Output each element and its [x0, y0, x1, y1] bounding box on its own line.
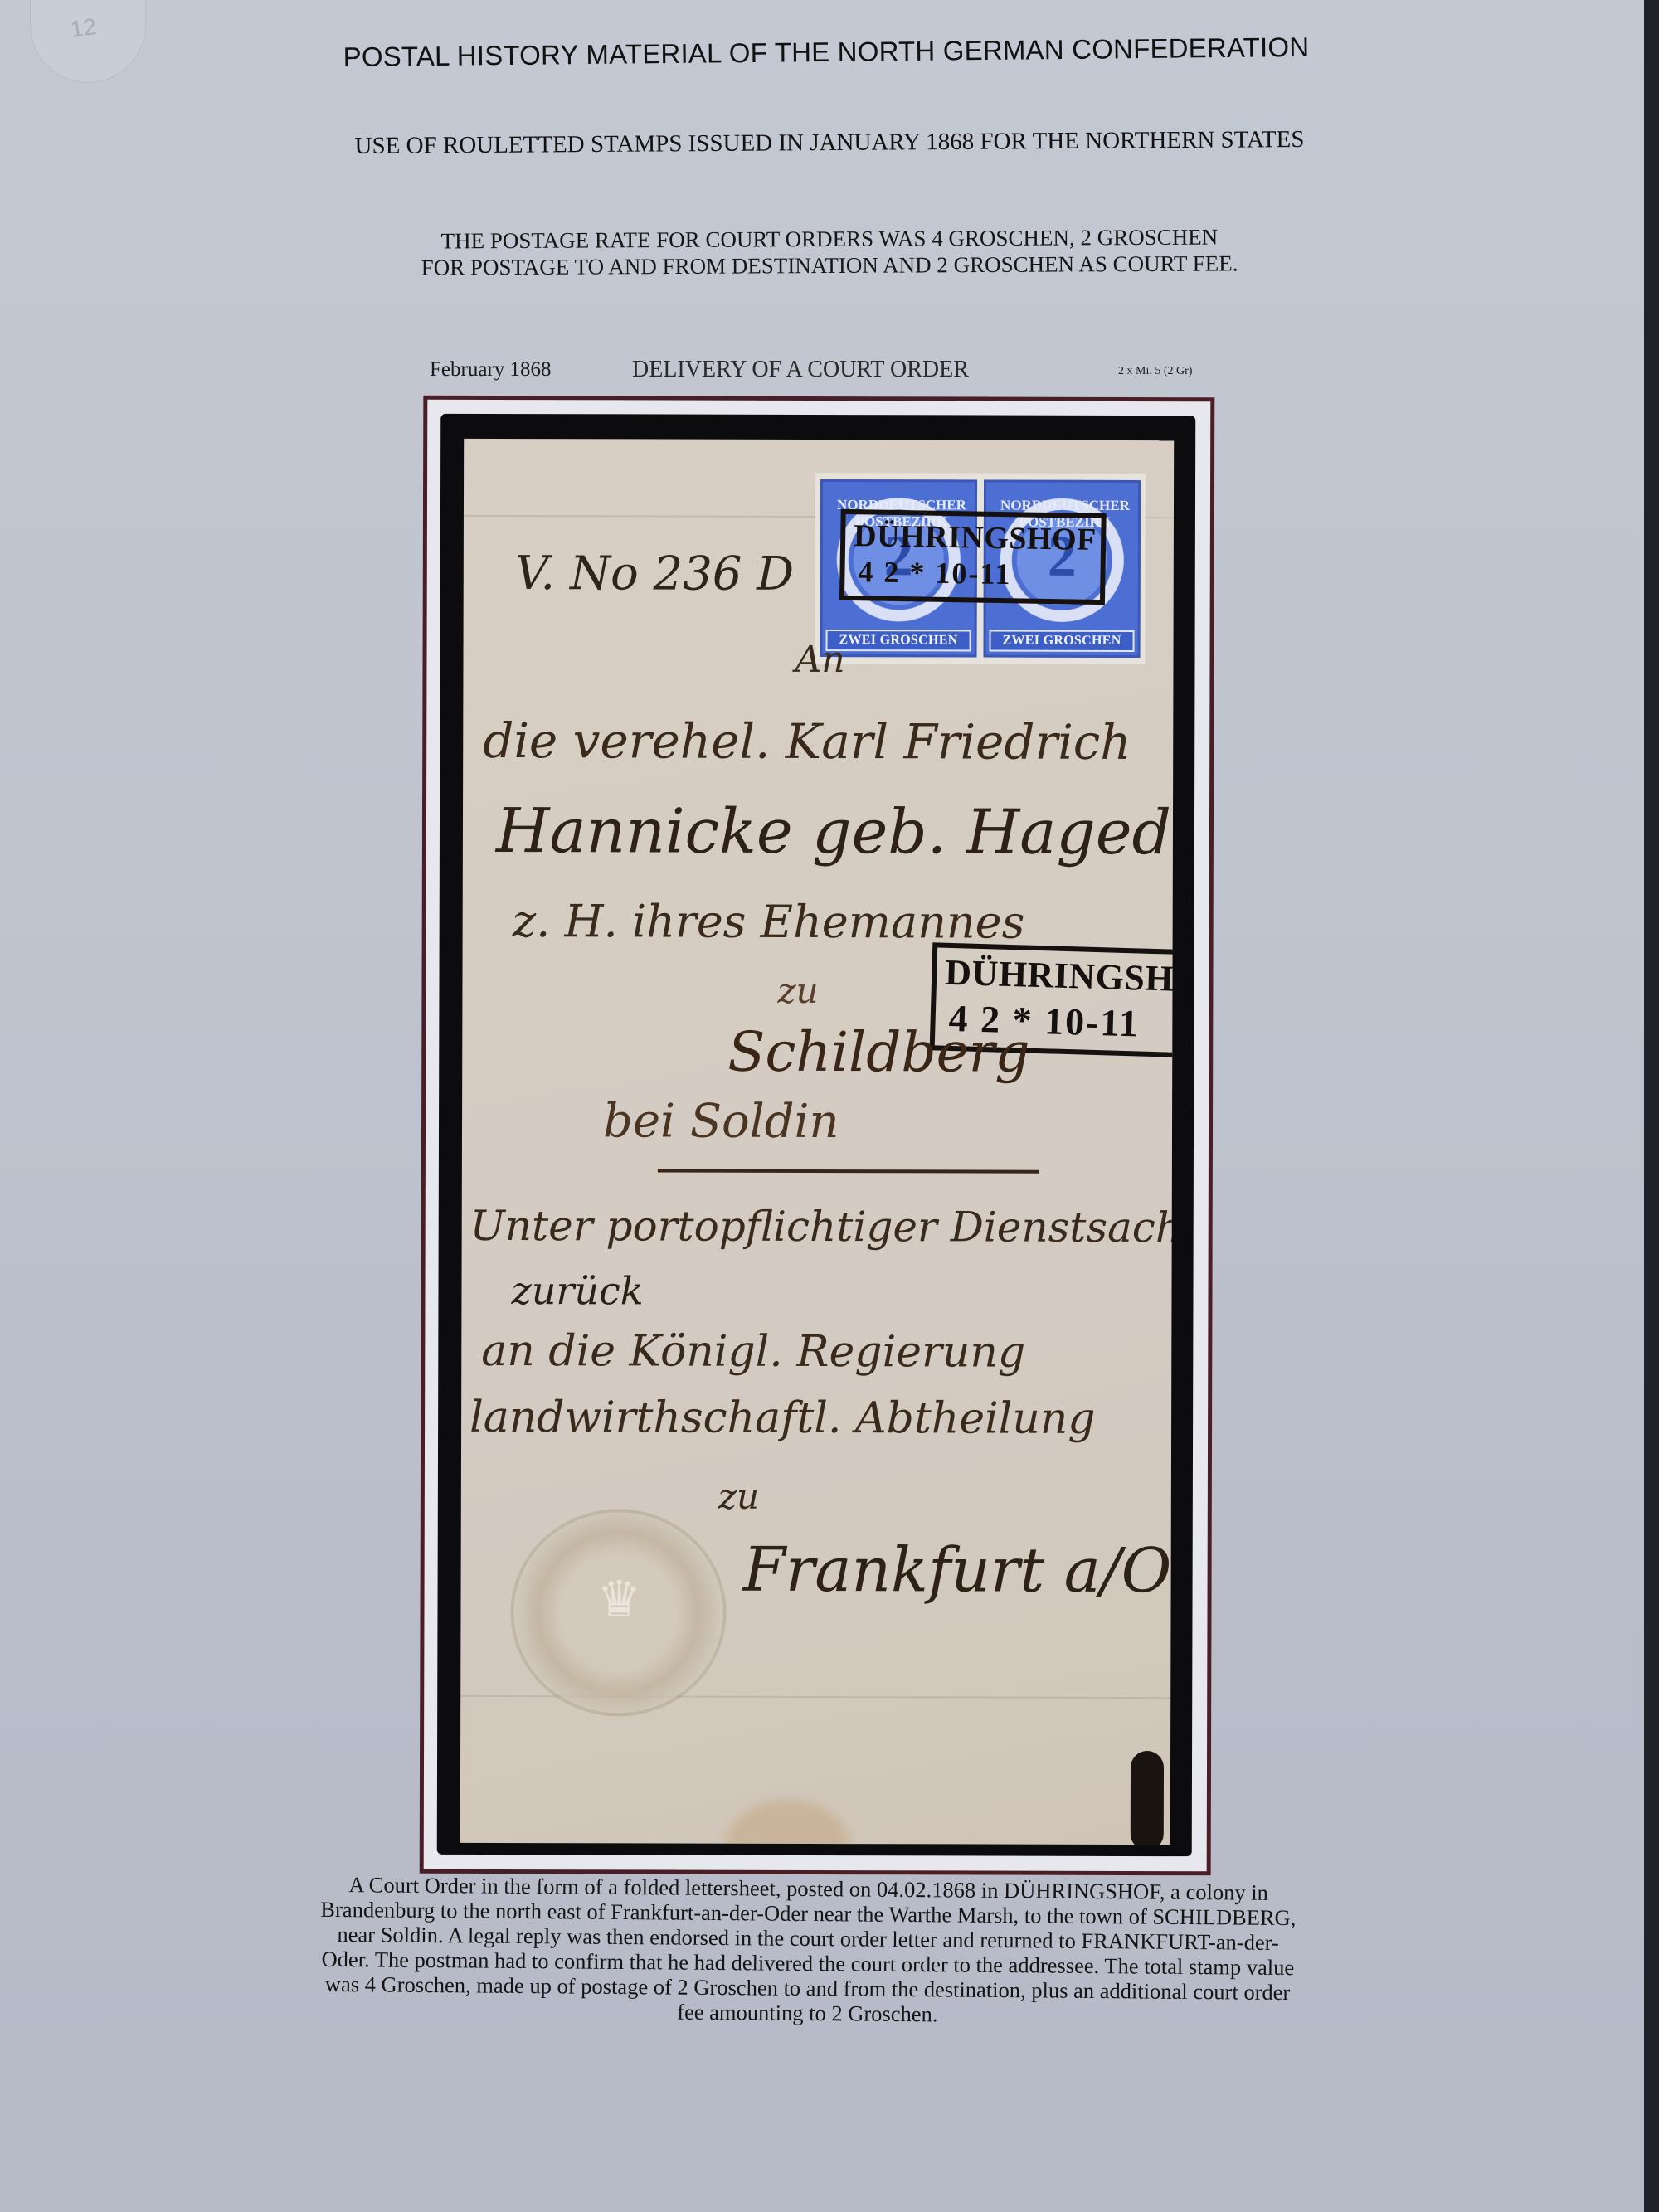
- handwriting-address-line: Hannicke geb. Hagedorn: [496, 795, 1174, 868]
- item-title: DELIVERY OF A COURT ORDER: [632, 357, 969, 383]
- mount-black-border: V. No 236 D NORDDEUTSCHER POSTBEZIRK 2 Z…: [437, 414, 1196, 1856]
- postmark-place: DÜHRINGSHOF: [945, 951, 1175, 1002]
- stamp-denomination-label: ZWEI GROSCHEN: [826, 630, 971, 651]
- page-subheading: USE OF ROULETTED STAMPS ISSUED IN JANUAR…: [282, 125, 1377, 160]
- page-heading: POSTAL HISTORY MATERIAL OF THE NORTH GER…: [304, 31, 1349, 73]
- postmark-place: DÜHRINGSHOF: [854, 518, 1097, 558]
- handwriting-address-line: die verehel. Karl Friedrich: [483, 712, 1131, 771]
- handwriting-return-line: landwirthschaftl. Abtheilung: [469, 1393, 1096, 1444]
- item-date: February 1868: [430, 358, 552, 382]
- paper-stain: [726, 1800, 850, 1845]
- address-underline: [658, 1169, 1039, 1173]
- handwriting-zu: zu: [718, 1476, 759, 1517]
- postage-rate-note: THE POSTAGE RATE FOR COURT ORDERS WAS 4 …: [348, 223, 1311, 281]
- reference-number: V. No 236 D: [515, 547, 795, 601]
- item-caption-row: February 1868 DELIVERY OF A COURT ORDER …: [415, 358, 1211, 388]
- page-number-badge: 12: [30, 0, 146, 83]
- handwriting-near: bei Soldin: [603, 1094, 839, 1149]
- postmark-date: 4 2 * 10-11: [858, 554, 1012, 591]
- item-description: A Court Order in the form of a folded le…: [311, 1872, 1305, 2030]
- crown-icon: ♛: [596, 1570, 641, 1628]
- handwriting-return-line: an die Königl. Regierung: [481, 1326, 1025, 1378]
- handwriting-return-line: Unter portopflichtiger Dienstsache: [470, 1202, 1175, 1252]
- rate-note-line: FOR POSTAGE TO AND FROM DESTINATION AND …: [348, 250, 1311, 281]
- court-order-lettersheet: V. No 236 D NORDDEUTSCHER POSTBEZIRK 2 Z…: [460, 439, 1174, 1845]
- handwriting-address-line: z. H. ihres Ehemannes: [513, 895, 1025, 949]
- handwriting-destination: Frankfurt a/O: [743, 1534, 1172, 1607]
- stamp-denomination-label: ZWEI GROSCHEN: [990, 630, 1135, 652]
- postmark-on-stamps: DÜHRINGSHOF 4 2 * 10-11: [839, 509, 1107, 605]
- wax-spot: [1131, 1751, 1164, 1845]
- handwriting-zu: zu: [777, 970, 818, 1011]
- page-number: 12: [69, 13, 98, 43]
- stamp-mount-frame: V. No 236 D NORDDEUTSCHER POSTBEZIRK 2 Z…: [420, 396, 1215, 1875]
- handwriting-return-line: zurück: [511, 1268, 643, 1313]
- album-page: 12 POSTAL HISTORY MATERIAL OF THE NORTH …: [0, 0, 1651, 2212]
- embossed-seal: ♛: [510, 1509, 727, 1717]
- handwriting-town: Schildberg: [727, 1020, 1029, 1085]
- handwriting-an: An: [795, 639, 844, 681]
- catalogue-reference: 2 x Mi. 5 (2 Gr): [1118, 365, 1192, 378]
- background-edge: [1644, 0, 1659, 2212]
